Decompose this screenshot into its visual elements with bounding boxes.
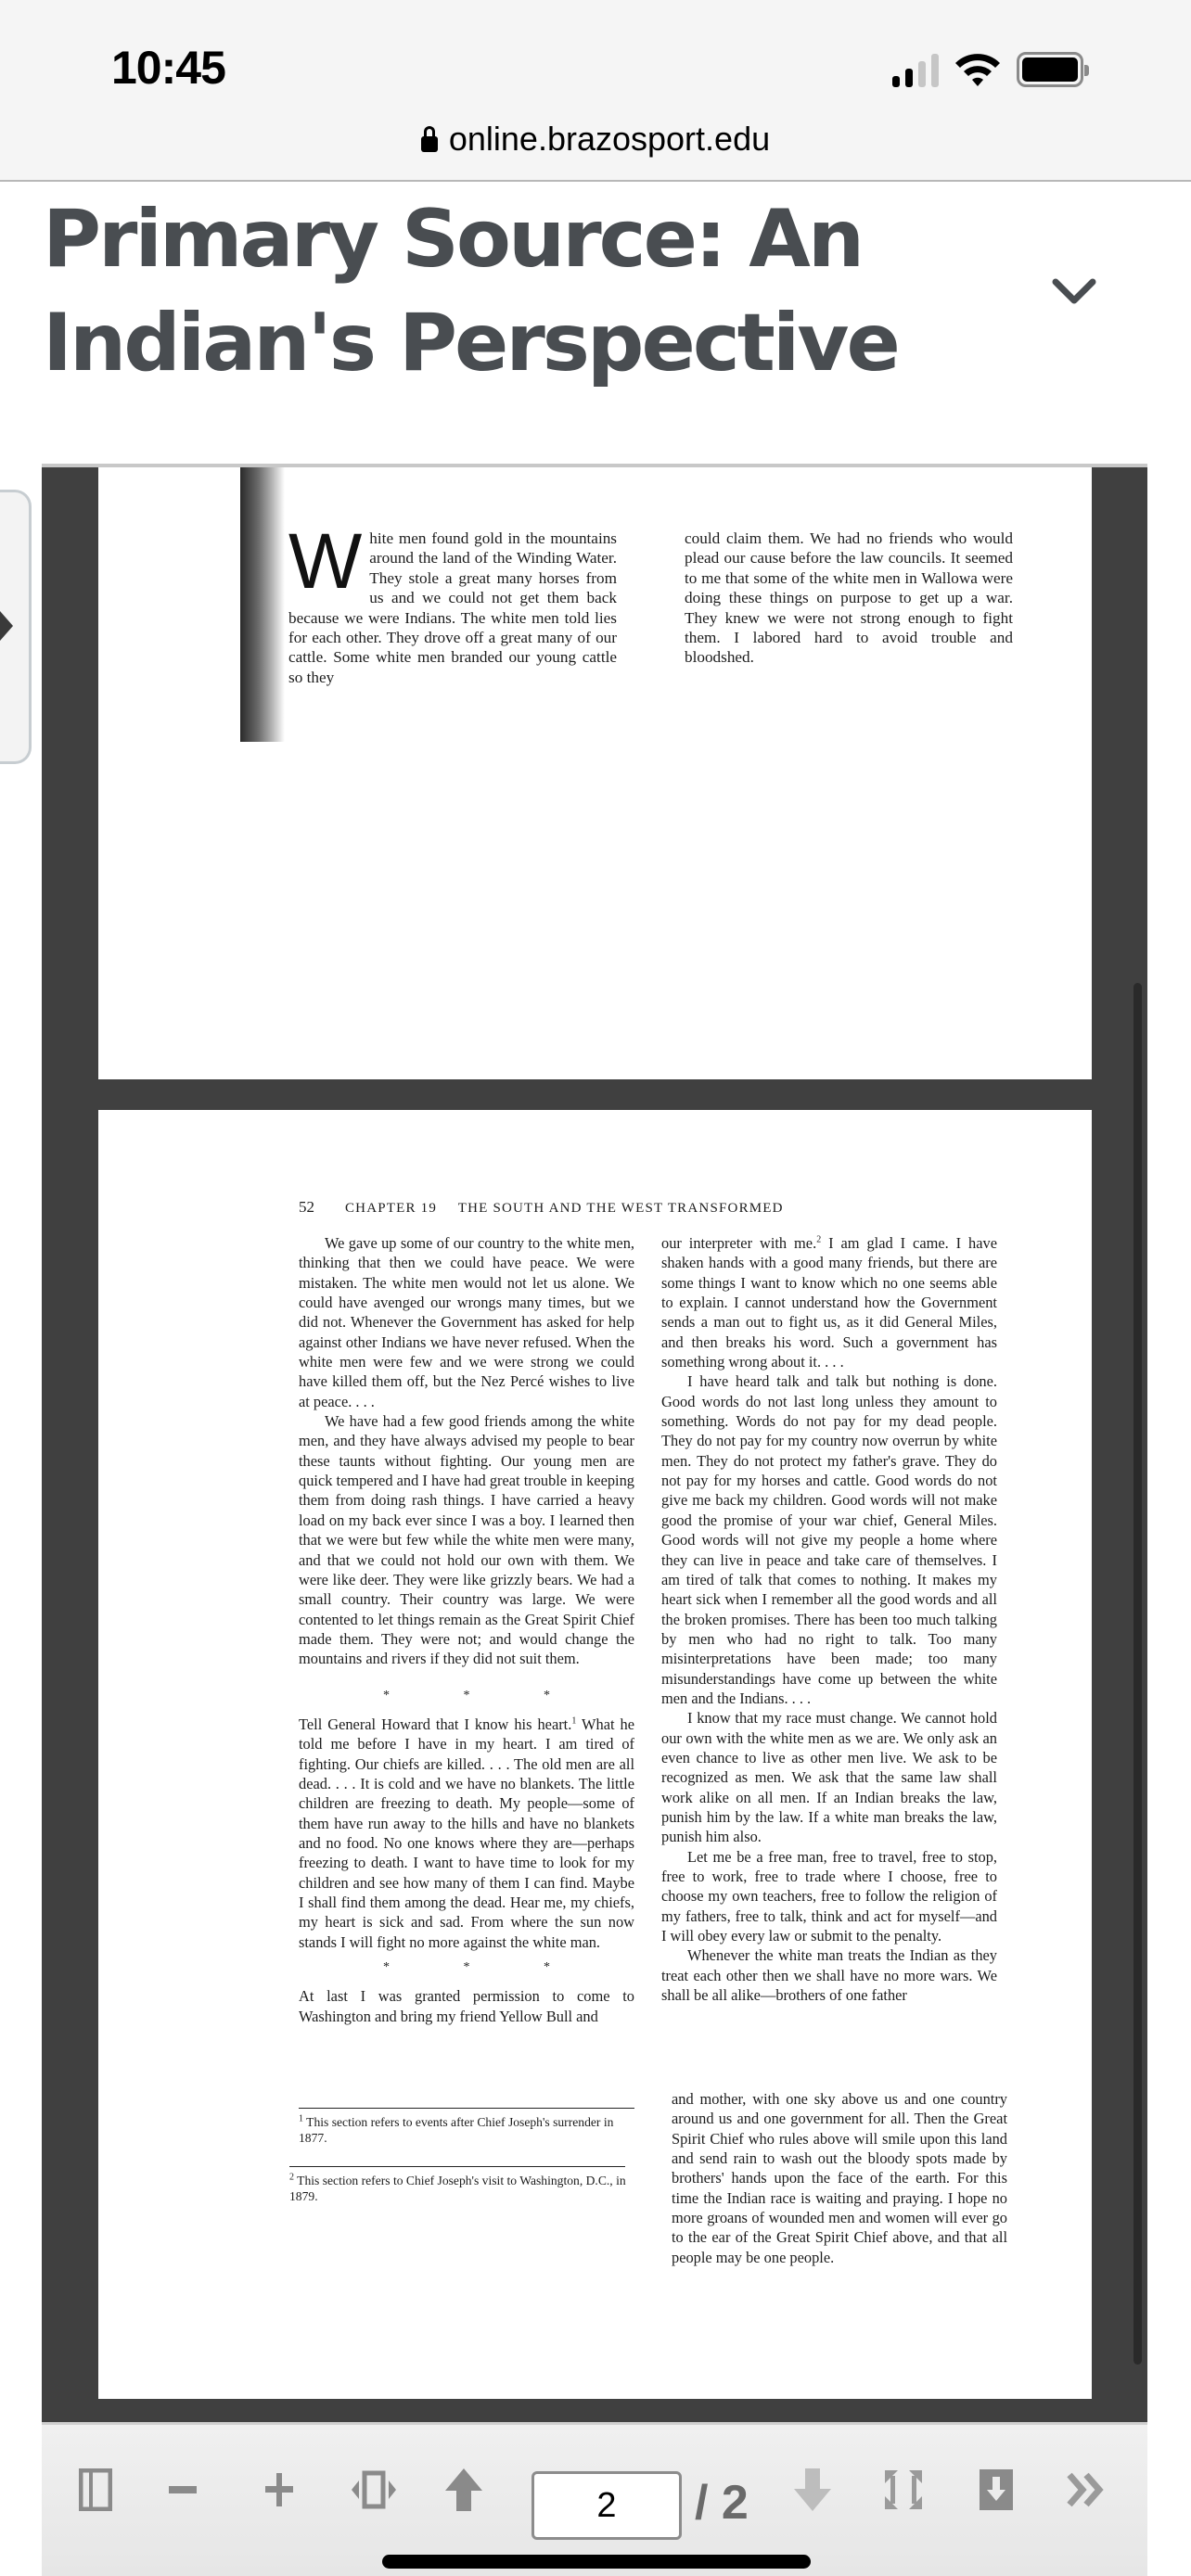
more-tools-button[interactable] [1062, 2462, 1108, 2518]
url-text: online.brazosport.edu [449, 120, 770, 159]
page2-left-column: We gave up some of our country to the wh… [299, 1233, 634, 2026]
footnote-rule [289, 2166, 625, 2167]
clock: 10:45 [111, 41, 225, 95]
download-button[interactable] [975, 2462, 1018, 2518]
paragraph: I know that my race must change. We cann… [661, 1708, 997, 1846]
battery-icon [1017, 52, 1083, 87]
total-pages: / 2 [695, 2475, 749, 2531]
paragraph: Tell General Howard that I know his hear… [299, 1715, 634, 1952]
footnotes: 1 This section refers to events after Ch… [299, 2087, 634, 2204]
paragraph: We gave up some of our country to the wh… [299, 1233, 634, 1411]
triangle-right-icon [0, 611, 13, 641]
drop-cap: W [288, 532, 362, 590]
paragraph: We have had a few good friends among the… [299, 1411, 634, 1668]
zoom-in-button[interactable] [261, 2462, 298, 2518]
section-separator: * * * [299, 1680, 634, 1715]
page1-left-column: White men found gold in the mountains ar… [288, 529, 617, 687]
paragraph: Let me be a free man, free to travel, fr… [661, 1847, 997, 1946]
minus-icon [169, 2484, 197, 2495]
pdf-page-2: 52 CHAPTER 19 THE SOUTH AND THE WEST TRA… [98, 1110, 1092, 2399]
footnote-2: 2 This section refers to Chief Joseph's … [289, 2173, 634, 2204]
lock-icon [421, 126, 438, 152]
arrow-up-icon [443, 2467, 484, 2513]
system-icons [892, 46, 1083, 87]
collapse-header-button[interactable] [1048, 271, 1100, 312]
cellular-signal-icon [892, 54, 939, 87]
page-title: Primary Source: An Indian's Perspective [43, 187, 970, 395]
page-header: Primary Source: An Indian's Perspective [0, 184, 1191, 462]
home-indicator [382, 2555, 811, 2569]
chapter-label: CHAPTER 19 [345, 1201, 437, 1216]
plus-icon [265, 2471, 293, 2508]
status-bar: 10:45 online.brazosport.edu [0, 0, 1191, 182]
zoom-out-button[interactable] [164, 2462, 201, 2518]
section-separator: * * * [299, 1952, 634, 1986]
course-nav-toggle[interactable] [0, 490, 32, 764]
sidebar-icon [79, 2468, 112, 2511]
chevron-down-icon [1048, 271, 1100, 312]
paragraph: At last I was granted permission to come… [299, 1986, 634, 2026]
paragraph: and mother, with one sky above us and on… [672, 2089, 1007, 2267]
page2-right-column: our interpreter with me.2 I am glad I ca… [661, 1233, 997, 2005]
pdf-viewer[interactable]: White men found gold in the mountains ar… [42, 464, 1147, 2422]
fit-width-button[interactable] [348, 2462, 400, 2518]
page-number: 52 [299, 1198, 314, 1216]
paragraph: I have heard talk and talk but nothing i… [661, 1371, 997, 1708]
footnote-rule [299, 2108, 634, 2109]
page1-right-column: could claim them. We had no friends who … [685, 529, 1013, 668]
scan-shadow [240, 467, 285, 742]
download-icon [978, 2468, 1015, 2512]
pdf-page-1: White men found gold in the mountains ar… [98, 467, 1092, 1079]
fit-width-icon [350, 2469, 398, 2510]
paragraph: Whenever the white man treats the Indian… [661, 1945, 997, 2005]
page2-right-column-continued: and mother, with one sky above us and on… [672, 2089, 1007, 2267]
arrow-down-icon [792, 2467, 833, 2513]
fullscreen-icon [883, 2468, 924, 2511]
paragraph: our interpreter with me.2 I am glad I ca… [661, 1233, 997, 1371]
vertical-scrollbar[interactable] [1133, 983, 1142, 2365]
chapter-title: THE SOUTH AND THE WEST TRANSFORMED [458, 1201, 784, 1216]
double-chevron-right-icon [1064, 2469, 1107, 2510]
address-bar[interactable]: online.brazosport.edu [0, 117, 1191, 161]
toggle-sidebar-button[interactable] [73, 2462, 118, 2518]
wifi-icon [954, 50, 1002, 87]
page-number-input[interactable]: 2 [531, 2471, 682, 2540]
next-page-button[interactable] [789, 2462, 836, 2518]
previous-page-button[interactable] [441, 2462, 487, 2518]
pdf-toolbar: 2 / 2 [42, 2422, 1147, 2576]
running-head: 52 CHAPTER 19 THE SOUTH AND THE WEST TRA… [299, 1198, 784, 1217]
footnote-1: 1 This section refers to events after Ch… [299, 2114, 634, 2146]
fullscreen-button[interactable] [880, 2462, 927, 2518]
